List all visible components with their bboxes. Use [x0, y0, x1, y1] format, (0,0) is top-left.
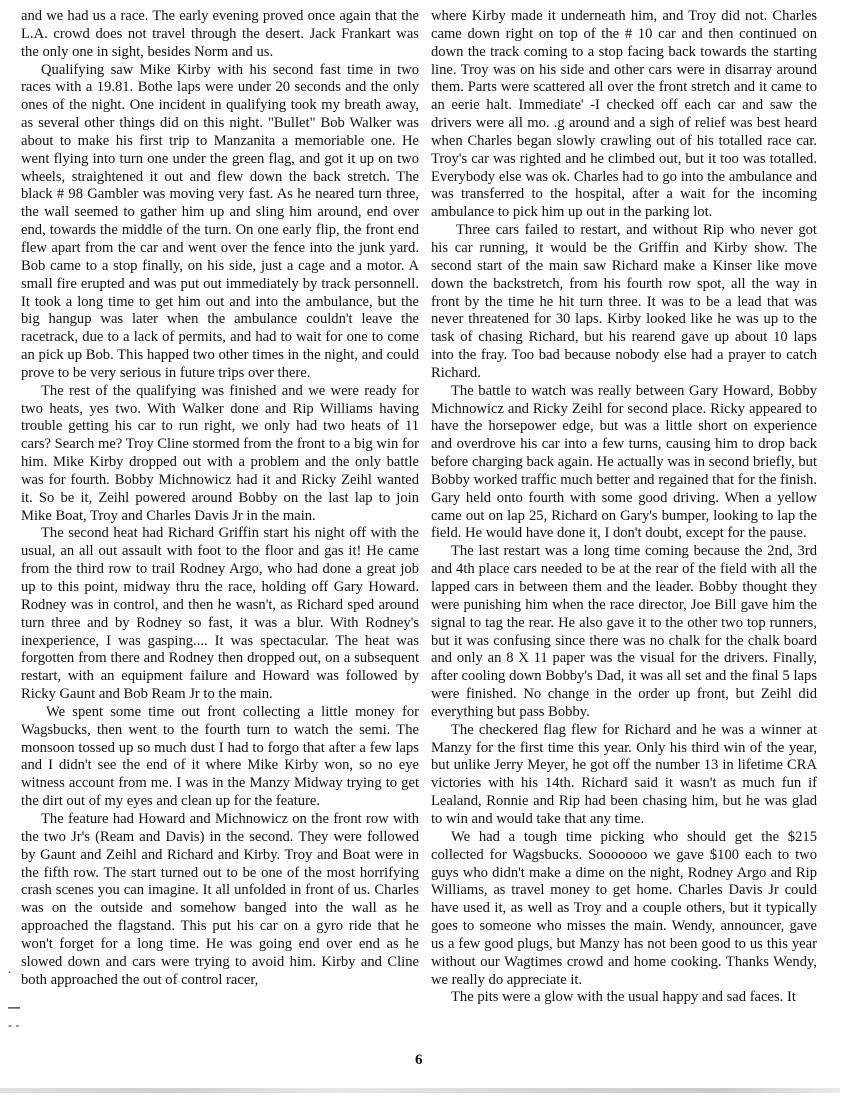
paragraph: We had a tough time picking who should g…: [431, 829, 817, 990]
paragraph: We spent some time out front collecting …: [21, 704, 419, 811]
margin-dash-mark: - -: [8, 1018, 19, 1032]
paragraph: The pits were a glow with the usual happ…: [431, 989, 817, 1007]
margin-dot-mark: .: [8, 962, 11, 976]
paragraph: and we had us a race. The early evening …: [21, 8, 419, 62]
paragraph: The second heat had Richard Griffin star…: [21, 525, 419, 703]
paragraph: The rest of the qualifying was finished …: [21, 383, 419, 526]
paragraph: where Kirby made it underneath him, and …: [431, 8, 817, 222]
paragraph: Three cars failed to restart, and withou…: [431, 222, 817, 383]
paragraph: The feature had Howard and Michnowicz on…: [21, 811, 419, 989]
paragraph: Qualifying saw Mike Kirby with his secon…: [21, 62, 419, 383]
paragraph: The battle to watch was really between G…: [431, 383, 817, 544]
left-column: and we had us a race. The early evening …: [21, 8, 419, 989]
paragraph: The last restart was a long time coming …: [431, 543, 817, 721]
scan-edge-shadow: [0, 1088, 840, 1093]
document-page: and we had us a race. The early evening …: [0, 0, 850, 1100]
right-column: where Kirby made it underneath him, and …: [431, 8, 817, 1007]
page-number: 6: [415, 1052, 423, 1069]
paragraph: The checkered flag flew for Richard and …: [431, 722, 817, 829]
margin-arrow-mark: —: [8, 1000, 20, 1014]
